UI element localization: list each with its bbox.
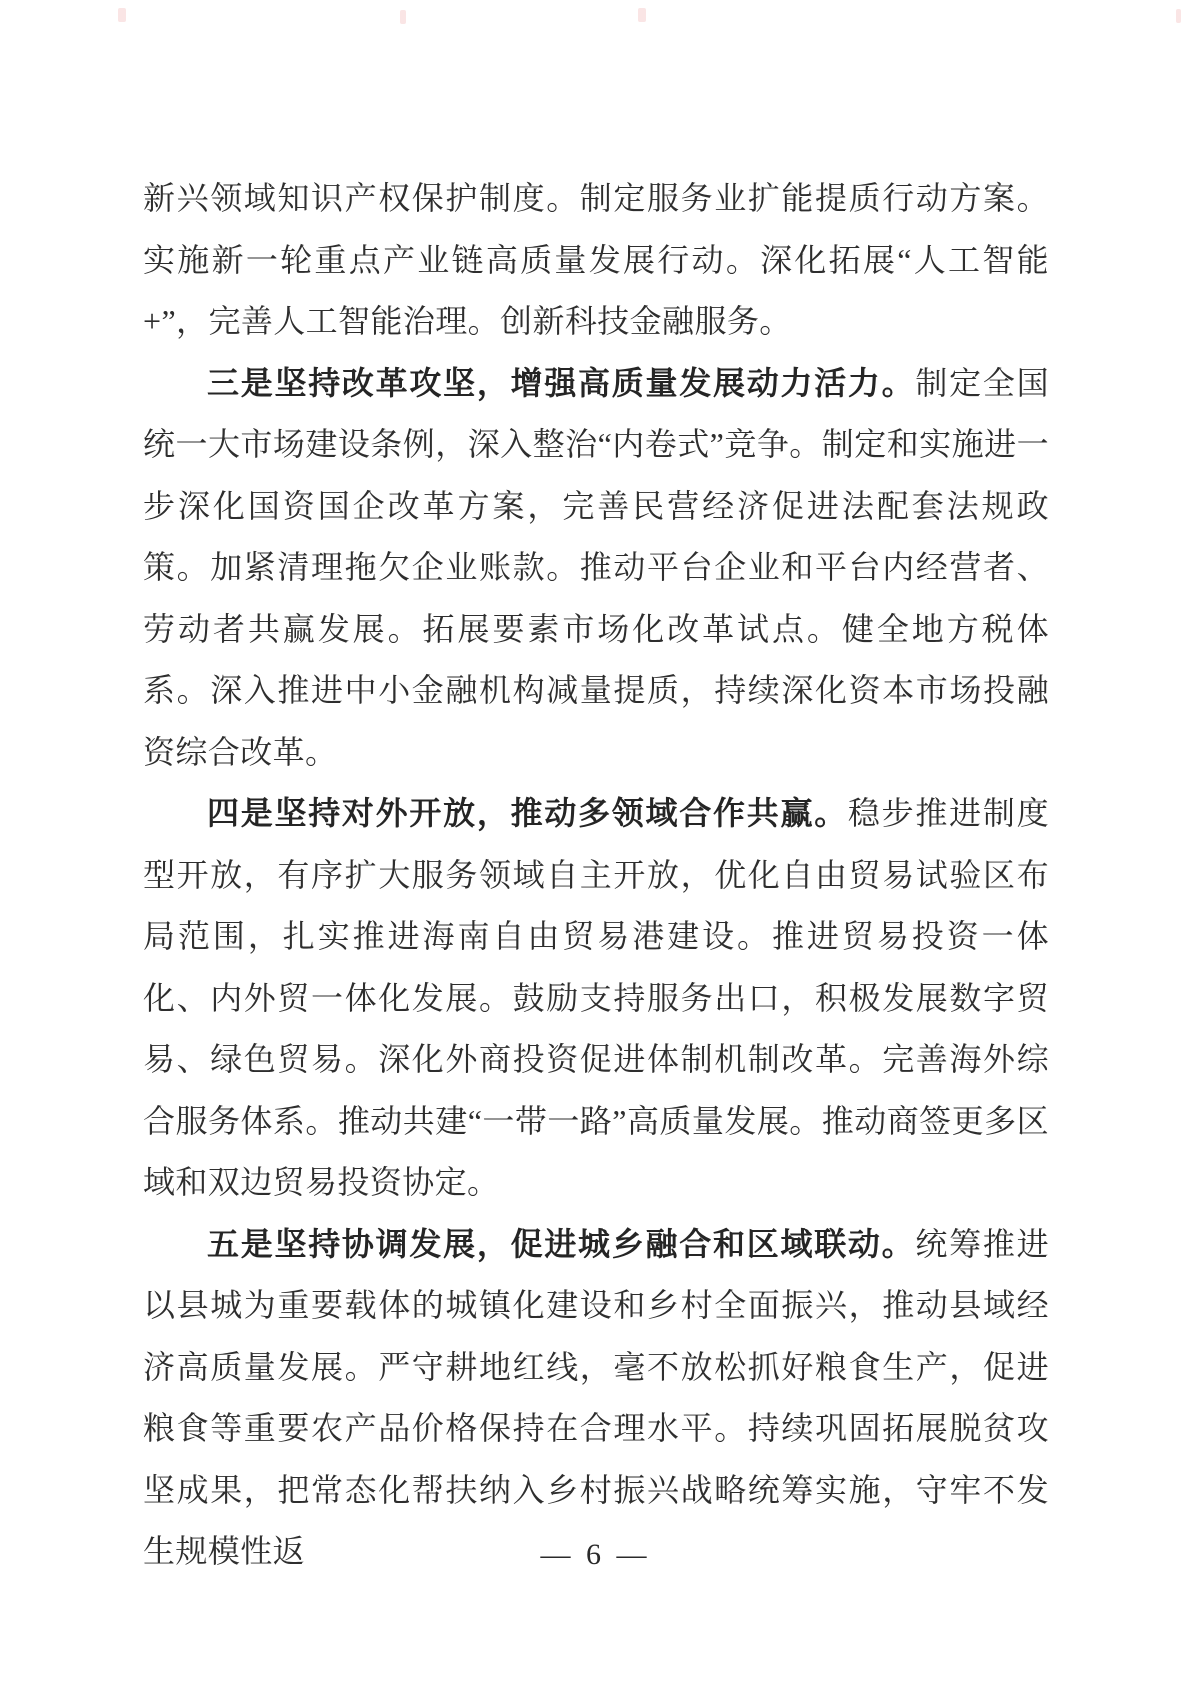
document-page: 新兴领域知识产权保护制度。制定服务业扩能提质行动方案。实施新一轮重点产业链高质量…: [0, 0, 1191, 1685]
page-number: — 6 —: [0, 1538, 1191, 1572]
paragraph-point-four: 四是坚持对外开放，推动多领域合作共赢。稳步推进制度型开放，有序扩大服务领域自主开…: [143, 783, 1049, 1214]
scan-artifact: [638, 8, 646, 22]
paragraph-continuation: 新兴领域知识产权保护制度。制定服务业扩能提质行动方案。实施新一轮重点产业链高质量…: [143, 168, 1049, 353]
scan-artifact: [1176, 9, 1181, 23]
paragraph-lead: 三是坚持改革攻坚，增强高质量发展动力活力。: [207, 365, 915, 401]
paragraph-lead: 五是坚持协调发展，促进城乡融合和区域联动。: [207, 1226, 915, 1262]
paragraph-text: 统筹推进以县城为重要载体的城镇化建设和乡村全面振兴，推动县域经济高质量发展。严守…: [143, 1226, 1049, 1570]
scan-artifact: [118, 8, 126, 22]
paragraph-text: 稳步推进制度型开放，有序扩大服务领域自主开放，优化自由贸易试验区布局范围，扎实推…: [143, 795, 1049, 1200]
paragraph-lead: 四是坚持对外开放，推动多领域合作共赢。: [207, 795, 848, 831]
scan-artifact: [400, 10, 406, 24]
paragraph-text: 制定全国统一大市场建设条例，深入整治“内卷式”竞争。制定和实施进一步深化国资国企…: [143, 365, 1049, 770]
paragraph-point-five: 五是坚持协调发展，促进城乡融合和区域联动。统筹推进以县城为重要载体的城镇化建设和…: [143, 1214, 1049, 1583]
paragraph-point-three: 三是坚持改革攻坚，增强高质量发展动力活力。制定全国统一大市场建设条例，深入整治“…: [143, 353, 1049, 784]
paragraph-text: 新兴领域知识产权保护制度。制定服务业扩能提质行动方案。实施新一轮重点产业链高质量…: [143, 180, 1049, 339]
document-body: 新兴领域知识产权保护制度。制定服务业扩能提质行动方案。实施新一轮重点产业链高质量…: [143, 168, 1049, 1583]
